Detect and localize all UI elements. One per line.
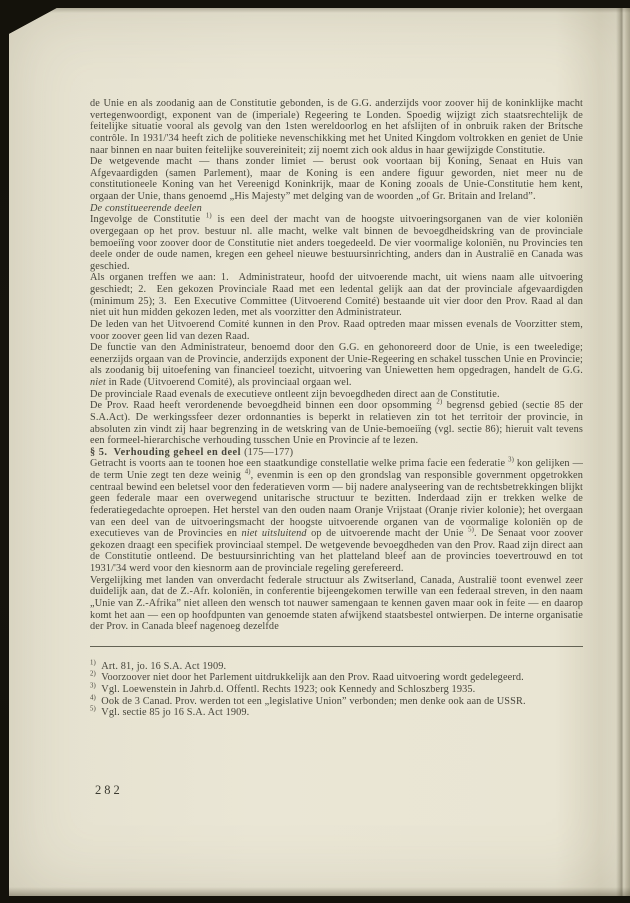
- paper: de Unie en als zoodanig aan de Constitut…: [9, 8, 630, 896]
- text-run: niet uitsluitend: [241, 528, 306, 539]
- text-run: Voorzoover niet door het Parlement uitdr…: [96, 672, 524, 683]
- body-paragraph: Als organen treffen we aan: 1. Administr…: [90, 272, 583, 319]
- subheading-de-constitueerende-deelen: De constitueerende deelen: [90, 203, 583, 215]
- footnote: 5) Vgl. sectie 85 jo 16 S.A. Act 1909.: [90, 707, 583, 719]
- text-run: De functie van den Administrateur, benoe…: [90, 342, 583, 376]
- body-paragraph: de Unie en als zoodanig aan de Constitut…: [90, 98, 583, 156]
- text-run: Ingevolge de Constitutie: [90, 214, 206, 225]
- text-run: Getracht is voorts aan te toonen hoe een…: [90, 458, 508, 469]
- body-paragraph: Getracht is voorts aan te toonen hoe een…: [90, 458, 583, 574]
- body-paragraph: De leden van het Uitvoerend Comité kunne…: [90, 319, 583, 342]
- footnote: 2) Voorzoover niet door het Parlement ui…: [90, 672, 583, 684]
- page-edge-crease: [616, 8, 630, 896]
- text-run: De constitueerende deelen: [90, 203, 202, 214]
- footnote: 3) Vgl. Loewenstein in Jahrb.d. Offentl.…: [90, 684, 583, 696]
- text-run: Vgl. Loewenstein in Jahrb.d. Offentl. Re…: [96, 684, 475, 695]
- text-column: de Unie en als zoodanig aan de Constitut…: [90, 98, 583, 719]
- text-run: Vgl. sectie 85 jo 16 S.A. Act 1909.: [96, 707, 249, 718]
- text-run: § 5. Verhouding geheel en deel: [90, 447, 244, 458]
- body-paragraph: Ingevolge de Constitutie 1) is een deel …: [90, 214, 583, 272]
- body-paragraph: De provinciale Raad evenals de executiev…: [90, 389, 583, 401]
- body-paragraph: De wetgevende macht — thans zonder limie…: [90, 156, 583, 203]
- main-text: de Unie en als zoodanig aan de Constitut…: [90, 98, 583, 633]
- footnote: 1) Art. 81, jo. 16 S.A. Act 1909.: [90, 661, 583, 673]
- text-run: op de uitvoerende macht der Unie: [307, 528, 468, 539]
- page-number: 282: [95, 783, 123, 798]
- text-run: De leden van het Uitvoerend Comité kunne…: [90, 319, 583, 342]
- body-paragraph: De functie van den Administrateur, benoe…: [90, 342, 583, 389]
- footnote: 4) Ook de 3 Canad. Prov. werden tot een …: [90, 696, 583, 708]
- body-paragraph: De Prov. Raad heeft verordenende bevoegd…: [90, 400, 583, 447]
- text-run: Vergelijking met landen van onverdacht f…: [90, 575, 583, 633]
- text-run: Ook de 3 Canad. Prov. werden tot een „le…: [96, 696, 526, 707]
- text-run: De wetgevende macht — thans zonder limie…: [90, 156, 583, 202]
- footnotes: 1) Art. 81, jo. 16 S.A. Act 1909.2) Voor…: [90, 646, 583, 719]
- text-run: Art. 81, jo. 16 S.A. Act 1909.: [96, 661, 226, 672]
- text-run: Als organen treffen we aan: 1. Administr…: [90, 272, 583, 318]
- text-run: de Unie en als zoodanig aan de Constitut…: [90, 98, 583, 156]
- text-run: (175—177): [244, 447, 293, 458]
- scanned-book-page: de Unie en als zoodanig aan de Constitut…: [0, 0, 630, 903]
- text-run: niet: [90, 377, 106, 388]
- body-paragraph: Vergelijking met landen van onverdacht f…: [90, 575, 583, 633]
- text-run: in Rade (Uitvoerend Comité), als provinc…: [106, 377, 352, 388]
- text-run: De Prov. Raad heeft verordenende bevoegd…: [90, 400, 436, 411]
